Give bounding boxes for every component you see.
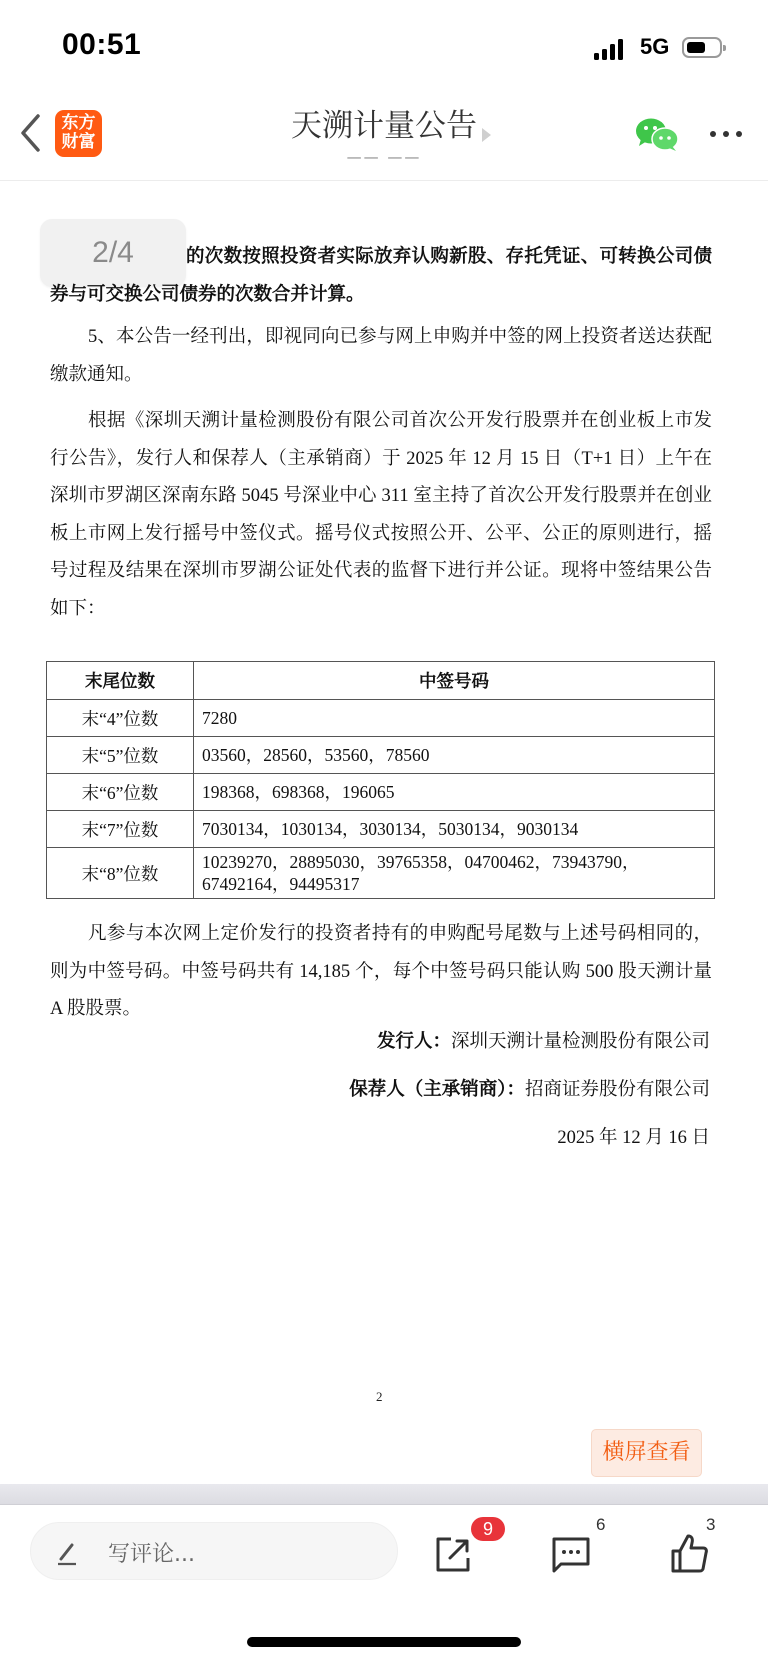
share-icon (433, 1531, 477, 1575)
signal-strength-icon (594, 38, 628, 60)
share-count-badge: 9 (471, 1517, 505, 1541)
paragraph-lottery-ceremony: 根据《深圳天溯计量检测股份有限公司首次公开发行股票并在创业板上市发行公告》，发行… (50, 403, 712, 628)
wechat-share-button[interactable] (635, 117, 680, 152)
sponsor-line: 保荐人（主承销商）：招商证券股份有限公司 (349, 1075, 710, 1101)
cell-digits: 末“4”位数 (47, 700, 194, 737)
landscape-view-button[interactable]: 横屏查看 (591, 1429, 702, 1477)
like-button[interactable] (668, 1531, 712, 1575)
paragraph-notice-5: 5、本公告一经刊出，即视同向已参与网上申购并中签的网上投资者送达获配缴款通知。 (50, 319, 712, 394)
issuer-line: 发行人：深圳天溯计量检测股份有限公司 (377, 1027, 710, 1053)
cell-numbers: 7030134，1030134，3030134，5030134，9030134 (194, 811, 715, 848)
nav-bar: 东方 财富 天溯计量公告 —— —— (0, 90, 768, 181)
paragraph-rule-continuation: 的次数按照投资者实际放弃认购新股、存托凭证、可转换公司债券与可交换公司债券的次数… (50, 239, 712, 314)
cell-numbers: 03560，28560，53560，78560 (194, 737, 715, 774)
table-header-row: 末尾位数 中签号码 (47, 662, 715, 700)
cell-digits: 末“7”位数 (47, 811, 194, 848)
table-row: 末“8”位数 10239270，28895030，39765358，047004… (47, 848, 715, 899)
network-type: 5G (640, 34, 669, 60)
content-divider (0, 1484, 768, 1505)
page-number: 2 (376, 1389, 383, 1405)
status-time: 00:51 (62, 28, 141, 62)
table-row: 末“6”位数 198368，698368，196065 (47, 774, 715, 811)
share-button[interactable] (433, 1531, 477, 1575)
issuer-label: 发行人： (377, 1032, 451, 1052)
pencil-icon (55, 1540, 81, 1566)
cell-numbers: 198368，698368，196065 (194, 774, 715, 811)
announcement-date: 2025 年 12 月 16 日 (557, 1123, 710, 1149)
cell-digits: 末“6”位数 (47, 774, 194, 811)
more-dots-icon (710, 131, 716, 137)
paragraph-winning-explanation: 凡参与本次网上定价发行的投资者持有的申购配号尾数与上述号码相同的，则为中签号码。… (50, 916, 712, 1029)
comment-placeholder: 写评论... (108, 1537, 195, 1568)
more-options-button[interactable] (708, 120, 744, 146)
title-caret-icon (482, 128, 491, 142)
comments-button[interactable] (550, 1531, 594, 1575)
sponsor-name: 招商证券股份有限公司 (525, 1080, 710, 1100)
document-viewer[interactable]: 2/4 的次数按照投资者实际放弃认购新股、存托凭证、可转换公司债券与可交换公司债… (0, 181, 768, 1484)
cell-digits: 末“5”位数 (47, 737, 194, 774)
table-row: 末“5”位数 03560，28560，53560，78560 (47, 737, 715, 774)
home-indicator[interactable] (247, 1637, 521, 1647)
wechat-icon (635, 117, 680, 152)
status-bar: 00:51 5G (0, 0, 768, 90)
winning-numbers-table: 末尾位数 中签号码 末“4”位数 7280 末“5”位数 03560，28560… (46, 661, 715, 899)
header-numbers: 中签号码 (194, 662, 715, 700)
comment-input[interactable]: 写评论... (30, 1522, 398, 1580)
battery-icon (682, 37, 722, 58)
cell-numbers: 7280 (194, 700, 715, 737)
table-row: 末“4”位数 7280 (47, 700, 715, 737)
thumbs-up-icon (668, 1531, 712, 1575)
cell-numbers: 10239270，28895030，39765358，04700462，7394… (194, 848, 715, 899)
sponsor-label: 保荐人（主承销商）： (349, 1080, 525, 1100)
table-row: 末“7”位数 7030134，1030134，3030134，5030134，9… (47, 811, 715, 848)
header-digits: 末尾位数 (47, 662, 194, 700)
cell-digits: 末“8”位数 (47, 848, 194, 899)
issuer-name: 深圳天溯计量检测股份有限公司 (451, 1032, 710, 1052)
like-count: 3 (706, 1515, 715, 1535)
comment-bubble-icon (550, 1531, 594, 1575)
comment-count: 6 (596, 1515, 605, 1535)
